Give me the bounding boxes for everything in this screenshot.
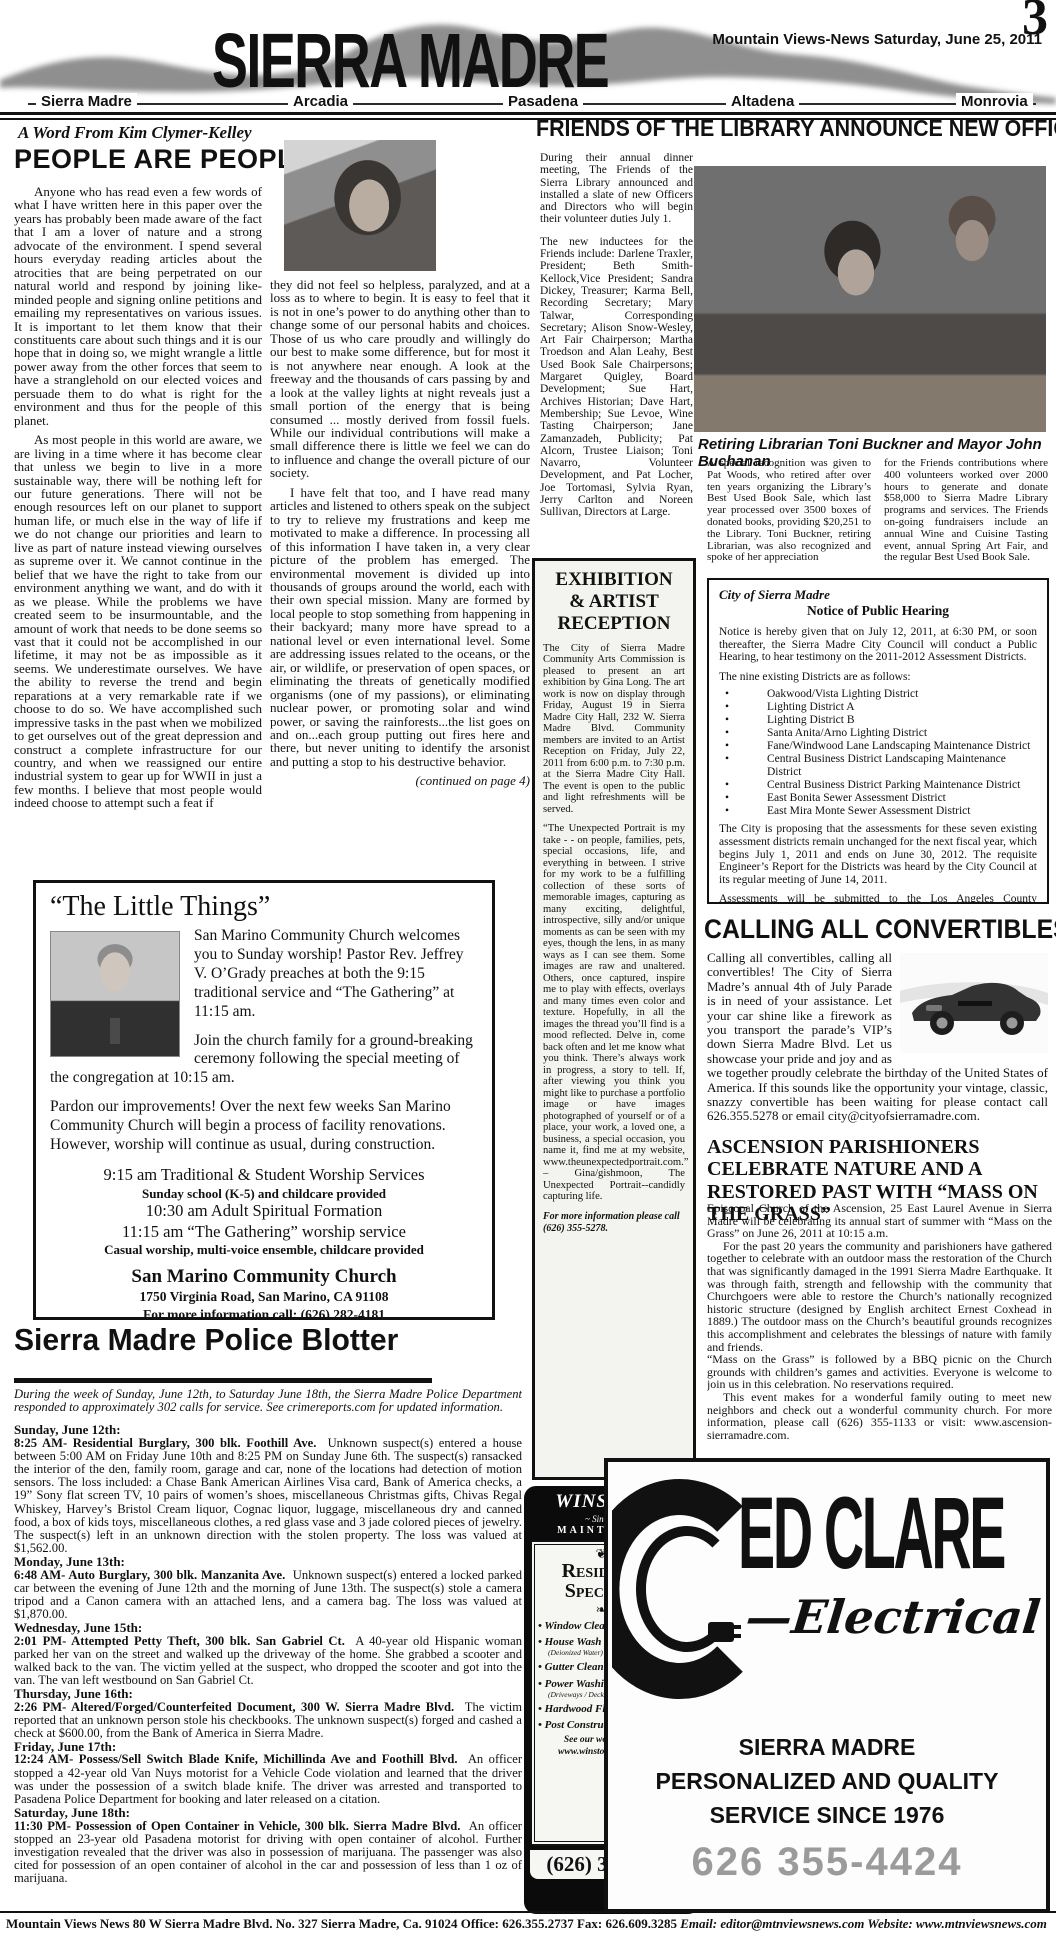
blotter-entry: Friday, June 17th: 12:24 AM- Possess/Sel… <box>14 1740 522 1806</box>
district-item: •Santa Anita/Arno Lighting District <box>719 727 1037 740</box>
edclare-script: —Electrical <box>743 1590 1043 1644</box>
schedule-time: 10:30 am Adult Spiritual Formation <box>50 1201 478 1222</box>
edclare-logo-icon <box>612 1474 744 1709</box>
district-item: •Central Business District Parking Maint… <box>719 779 1037 792</box>
san-marino-church-ad: “The Little Things” San Marino Community… <box>33 880 495 1320</box>
edclare-tagline: SIERRA MADRE PERSONALIZED AND QUALITY SE… <box>608 1730 1046 1832</box>
exhibition-p1: The City of Sierra Madre Community Arts … <box>543 643 685 816</box>
blotter-entry: Monday, June 13th: 6:48 AM- Auto Burglar… <box>14 1555 522 1621</box>
district-item: •East Bonita Sewer Assessment District <box>719 792 1037 805</box>
convertibles-headline: CALLING ALL CONVERTIBLES! <box>704 914 1056 945</box>
footer-contact: Mountain Views News 80 W Sierra Madre Bl… <box>6 1916 680 1931</box>
people-article-col1: Anyone who has read even a few words of … <box>14 185 262 861</box>
church-phone: For more information call: (626) 282-418… <box>50 1306 478 1320</box>
pastor-photo <box>50 931 180 1057</box>
friends-colB: for the Friends contributions where 400 … <box>884 458 1048 576</box>
blotter-entry: Sunday, June 12th: 8:25 AM- Residential … <box>14 1423 522 1555</box>
ascension-body: Episcopal Church of the Ascension, 25 Ea… <box>707 1202 1052 1442</box>
notice-title: Notice of Public Hearing <box>719 603 1037 619</box>
convertibles-body: Calling all convertibles, calling all co… <box>707 951 1048 1135</box>
worship-schedule: 9:15 am Traditional & Student Worship Se… <box>50 1165 478 1258</box>
exhibition-contact-note: For more information please call (626) 3… <box>543 1211 685 1235</box>
bullet-icon: • <box>725 688 729 701</box>
notice-p3: Assessments will be submitted to the Los… <box>719 893 1037 904</box>
incident-lead: 11:30 PM- Possession of Open Container i… <box>14 1819 460 1833</box>
church-ad-title: “The Little Things” <box>50 891 478 923</box>
bullet-icon: • <box>725 805 729 818</box>
masthead-title: SIERRA MADRE <box>180 16 639 104</box>
blotter-entry: Saturday, June 18th: 11:30 PM- Possessio… <box>14 1806 522 1885</box>
notice-p1: Notice is hereby given that on July 12, … <box>719 626 1037 664</box>
schedule-time: 11:15 am “The Gathering” worship service <box>50 1222 478 1243</box>
schedule-time: 9:15 am Traditional & Student Worship Se… <box>50 1165 478 1186</box>
nav-pasadena: Pasadena <box>503 93 583 110</box>
ascension-p3: “Mass on the Grass” is followed by a BBQ… <box>707 1353 1052 1391</box>
friends-p1: During their annual dinner meeting, The … <box>540 152 693 226</box>
district-list: •Oakwood/Vista Lighting District •Lighti… <box>719 688 1037 817</box>
blotter-intro: During the week of Sunday, June 12th, to… <box>14 1388 522 1414</box>
incident-lead: 2:01 PM- Attempted Petty Theft, 300 blk.… <box>14 1634 345 1648</box>
nav-sierra-madre: Sierra Madre <box>36 93 137 110</box>
edclare-name: ED CLARE <box>738 1476 1004 1593</box>
blotter-entry: Thursday, June 16th: 2:26 PM- Altered/Fo… <box>14 1687 522 1740</box>
people-article-col2: they did not feel so helpless, paralyzed… <box>270 140 530 862</box>
church-p3: Pardon our improvements! Over the next f… <box>50 1098 478 1155</box>
ascension-p2: For the past 20 years the community and … <box>707 1240 1052 1353</box>
notice-org: City of Sierra Madre <box>719 587 1037 603</box>
public-hearing-notice-box: City of Sierra Madre Notice of Public He… <box>707 578 1049 904</box>
police-blotter-rule <box>14 1378 432 1383</box>
incident-body: Unknown suspect(s) entered a house betwe… <box>14 1436 522 1556</box>
district-item: •Lighting District B <box>719 714 1037 727</box>
ascension-p1: Episcopal Church of the Ascension, 25 Ea… <box>707 1202 1052 1240</box>
schedule-note: Sunday school (K-5) and childcare provid… <box>50 1186 478 1202</box>
nav-monrovia: Monrovia <box>956 93 1033 110</box>
church-address: 1750 Virginia Road, San Marino, CA 91108 <box>50 1288 478 1306</box>
district-item: •Central Business District Landscaping M… <box>719 753 1037 779</box>
incident-lead: 6:48 AM- Auto Burglary, 300 blk. Manzani… <box>14 1568 285 1582</box>
library-officers-photo <box>694 166 1046 432</box>
ascension-p4: This event makes for a wonderful family … <box>707 1391 1052 1441</box>
police-blotter-body: During the week of Sunday, June 12th, to… <box>14 1388 522 1912</box>
people-p2: As most people in this world are aware, … <box>14 433 262 810</box>
incident-lead: 2:26 PM- Altered/Forged/Counterfeited Do… <box>14 1700 454 1714</box>
bullet-icon: • <box>725 727 729 740</box>
continued-note: (continued on page 4) <box>270 774 530 787</box>
police-blotter-title: Sierra Madre Police Blotter <box>14 1322 398 1358</box>
schedule-note: Casual worship, multi-voice ensemble, ch… <box>50 1242 478 1258</box>
bullet-icon: • <box>725 701 729 714</box>
incident-lead: 8:25 AM- Residential Burglary, 300 blk. … <box>14 1436 316 1450</box>
bullet-icon: • <box>725 792 729 805</box>
blotter-entry: Wednesday, June 15th: 2:01 PM- Attempted… <box>14 1621 522 1687</box>
district-item: •Fane/Windwood Lane Landscaping Maintena… <box>719 740 1037 753</box>
kim-clymer-kelley-photo <box>284 140 436 271</box>
notice-p2: The City is proposing that the assessmen… <box>719 823 1037 886</box>
newspaper-page: SIERRA MADRE 3 Mountain Views-News Satur… <box>0 0 1056 1940</box>
people-p3: they did not feel so helpless, paralyzed… <box>270 278 530 480</box>
bullet-icon: • <box>725 779 729 792</box>
nav-altadena: Altadena <box>726 93 799 110</box>
people-p4: I have felt that too, and I have read ma… <box>270 486 530 769</box>
footer-line: Mountain Views News 80 W Sierra Madre Bl… <box>6 1916 1052 1932</box>
friends-colA: A special recognition was given to Pat W… <box>707 458 871 576</box>
incident-lead: 12:24 AM- Possess/Sell Switch Blade Knif… <box>14 1752 458 1766</box>
friends-p2: The new inductees for the Friends includ… <box>540 236 693 519</box>
people-article-kicker: A Word From Kim Clymer-Kelley <box>18 123 252 143</box>
friends-text-column: During their annual dinner meeting, The … <box>540 152 693 546</box>
bullet-icon: • <box>725 714 729 727</box>
people-p1: Anyone who has read even a few words of … <box>14 185 262 427</box>
ed-clare-electrical-ad: ED CLARE —Electrical SIERRA MADRE PERSON… <box>604 1458 1050 1913</box>
footer-rule <box>0 1911 1056 1913</box>
exhibition-reception-box: EXHIBITION & ARTIST RECEPTION The City o… <box>532 558 696 1480</box>
nav-arcadia: Arcadia <box>288 93 353 110</box>
edclare-phone: 626 355-4424 <box>608 1840 1046 1885</box>
district-item: •Lighting District A <box>719 701 1037 714</box>
bullet-icon: • <box>725 740 729 753</box>
notice-districts-intro: The nine existing Districts are as follo… <box>719 671 1037 684</box>
exhibition-title: EXHIBITION & ARTIST RECEPTION <box>543 569 685 635</box>
church-name: San Marino Community Church <box>50 1266 478 1288</box>
edition-dateline: Mountain Views-News Saturday, June 25, 2… <box>712 31 1042 48</box>
friends-headline: FRIENDS OF THE LIBRARY ANNOUNCE NEW OFFI… <box>536 115 1056 142</box>
footer-web: Email: editor@mtnviewsnews.com Website: … <box>680 1916 1047 1931</box>
bullet-icon: • <box>725 753 729 766</box>
convertible-car-photo <box>900 953 1048 1053</box>
district-item: •Oakwood/Vista Lighting District <box>719 688 1037 701</box>
exhibition-p2: “The Unexpected Portrait is my take - - … <box>543 823 685 1203</box>
district-item: •East Mira Monte Sewer Assessment Distri… <box>719 805 1037 818</box>
